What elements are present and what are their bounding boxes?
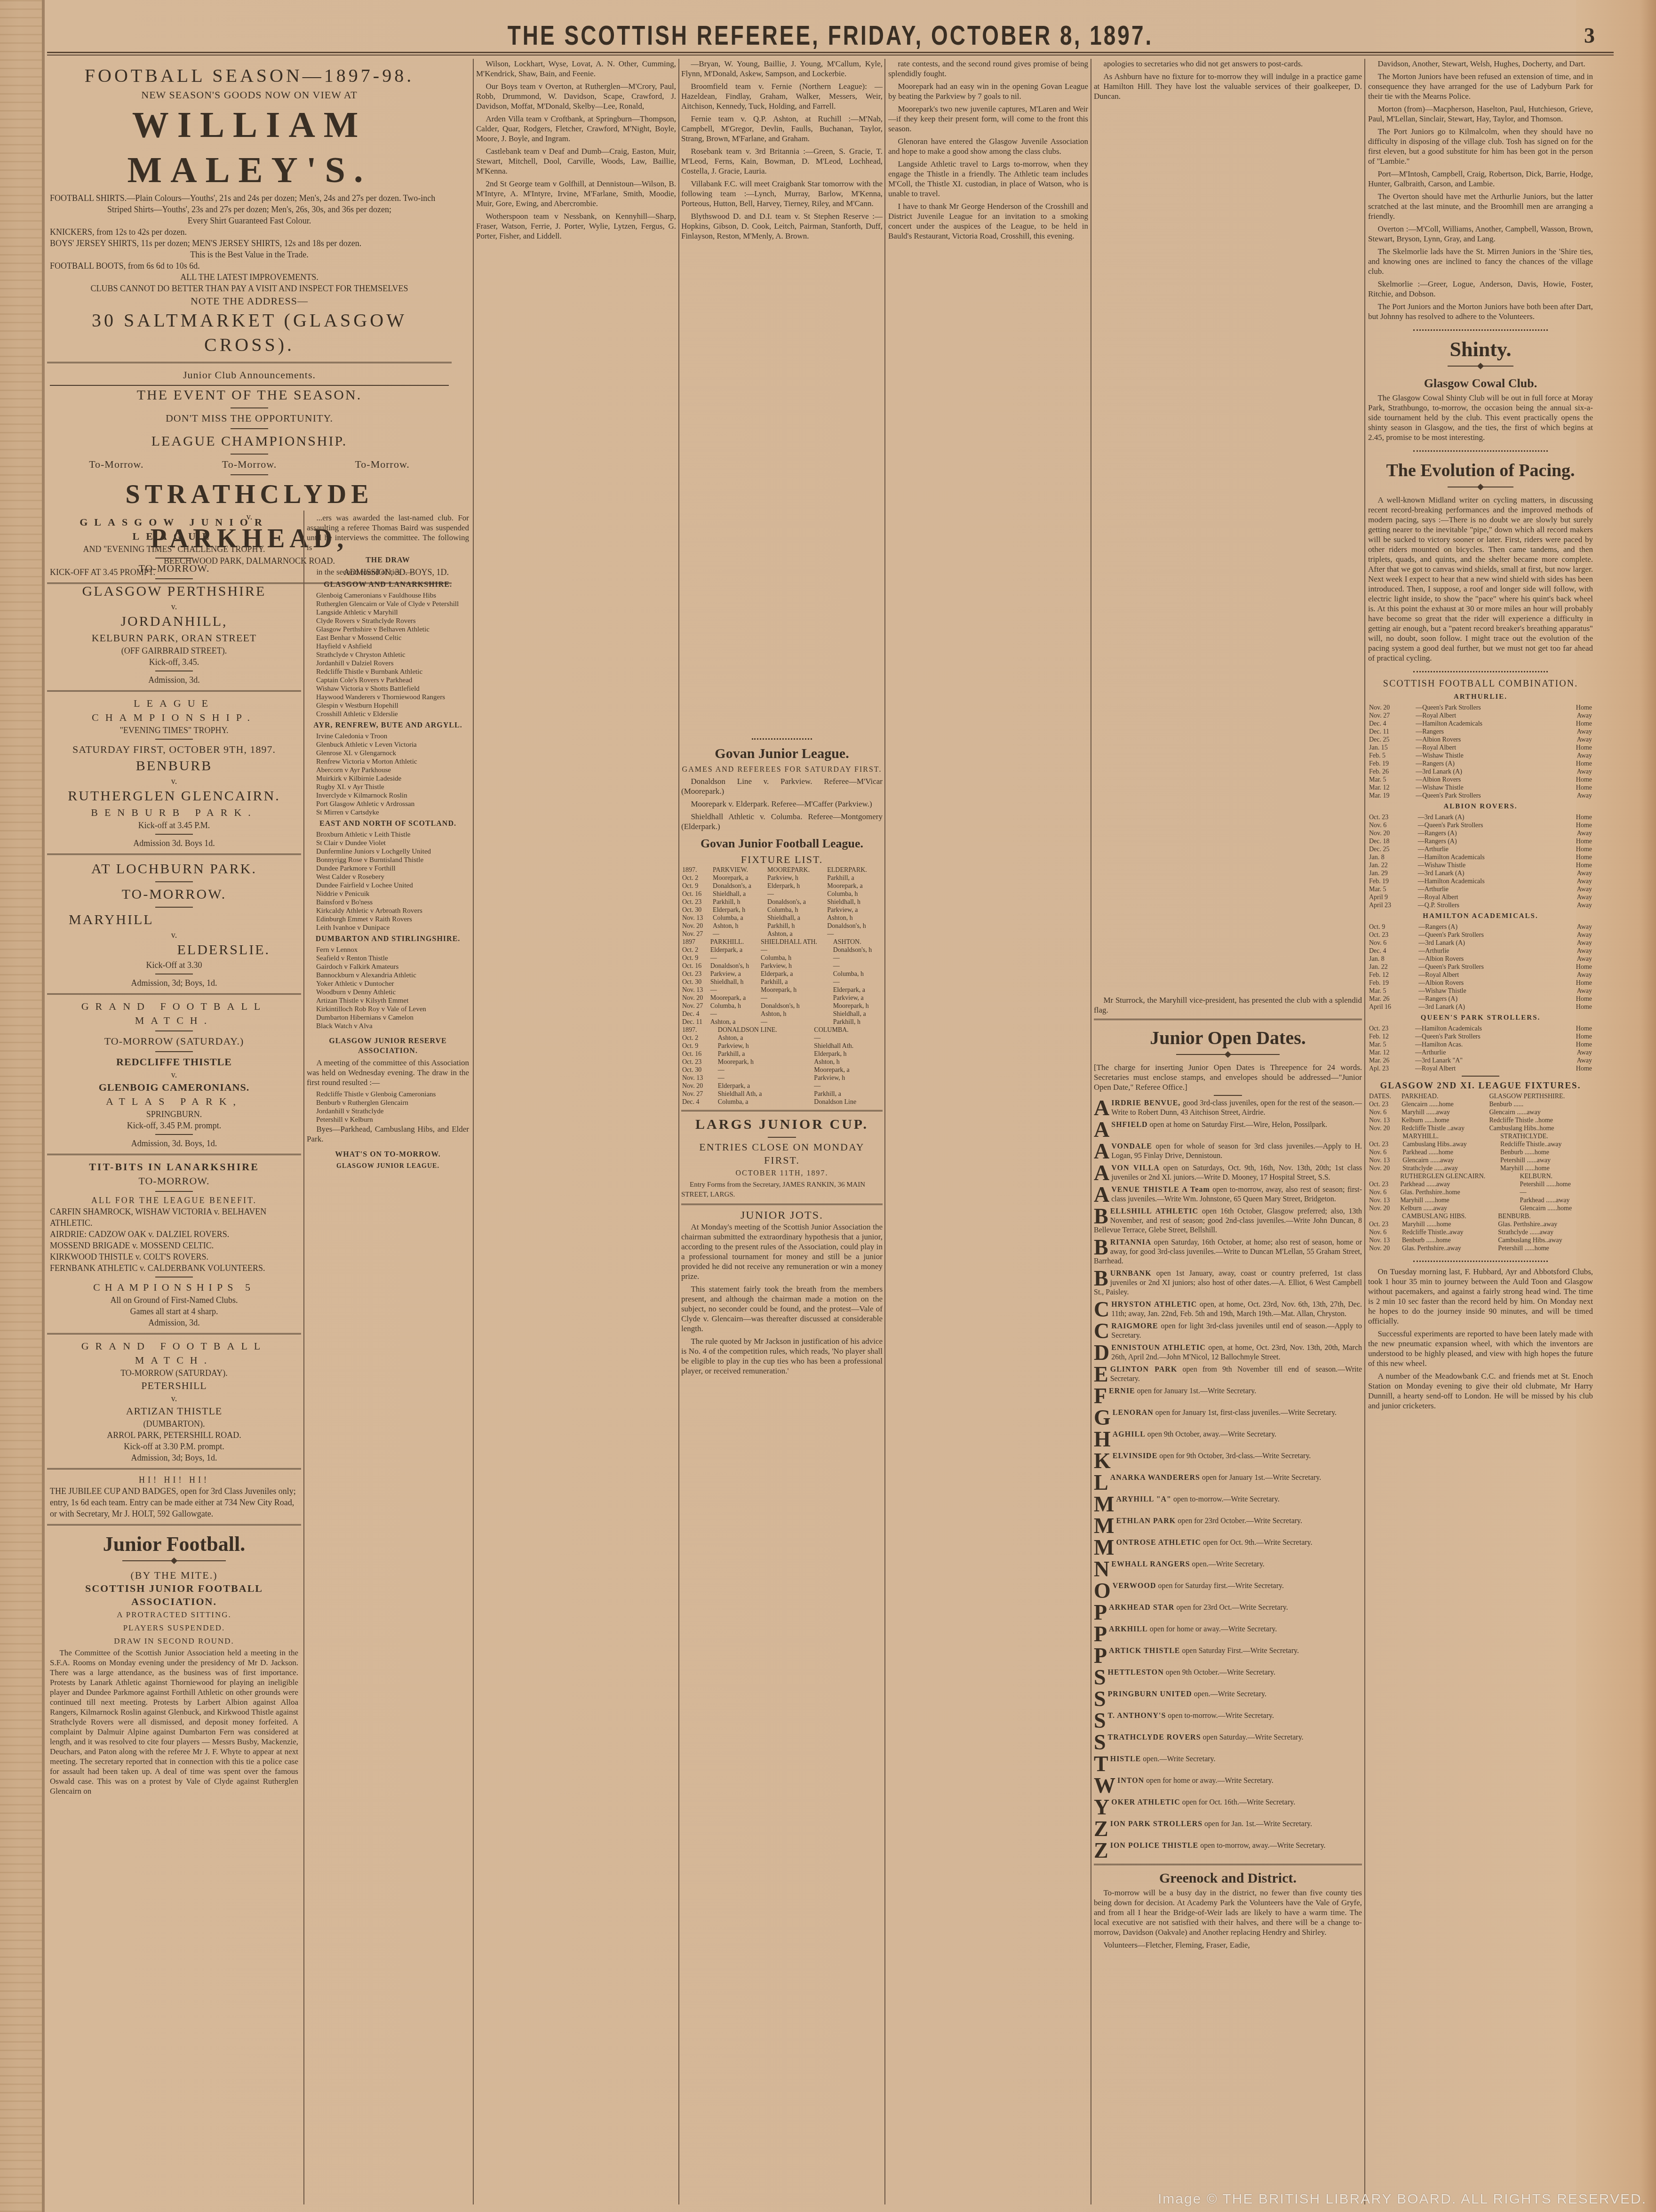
fixture-cell: Columba, h xyxy=(832,970,883,978)
fixture-cell: Oct. 9 xyxy=(681,954,709,962)
fixture-row: Jan. 29—3rd Lanark (A)Away xyxy=(1368,870,1593,878)
section-heading: Govan Junior League. xyxy=(681,744,883,763)
jubilee-cup-advert: HI! HI! HI! THE JUBILEE CUP AND BADGES, … xyxy=(47,1469,301,1525)
article-paragraph: in the second round of ties :— xyxy=(307,567,469,577)
divider xyxy=(1094,1864,1362,1865)
drop-cap: H xyxy=(1094,1430,1111,1449)
draw-list: Redcliffe Thistle v Glenboig Cameronians… xyxy=(307,1090,469,1124)
section-note: [The charge for inserting Junior Open Da… xyxy=(1094,1062,1362,1092)
fixture-row: Nov. 6Parkhead ......homeBenburb ......h… xyxy=(1368,1149,1593,1157)
club-name: IRDRIE BENVUE, xyxy=(1111,1099,1180,1107)
ad-line: All on Ground of First-Named Clubs. xyxy=(50,1294,298,1306)
venue: BENBURB PARK. xyxy=(50,806,298,820)
fixture-date: Oct. 9 xyxy=(1368,923,1417,931)
fixture-year: 1897. xyxy=(681,866,712,874)
fixture-row: Nov. 20Ashton, hParkhill, hDonaldson's, … xyxy=(681,922,883,930)
fixture-date: Mar. 5 xyxy=(1368,886,1417,894)
fixture-date: Oct. 23 xyxy=(1368,931,1417,939)
fixture-cell: Parkhead ......away xyxy=(1399,1181,1519,1189)
fixture-cell: Moorepark, a xyxy=(712,874,766,882)
fixture-cell: Strathclyde ......away xyxy=(1401,1165,1499,1173)
fixture-cell: Oct. 16 xyxy=(681,962,709,970)
fixture-year: 1897. xyxy=(681,1026,717,1034)
fixture-team-header xyxy=(1368,1133,1401,1141)
fixture-row: Oct. 2Ashton, a— xyxy=(681,1034,883,1042)
fixture-row: Mar. 5—Albion RoversHome xyxy=(1368,776,1593,784)
match-line: FERNBANK ATHLETIC v. CALDERBANK VOLUNTEE… xyxy=(50,1262,298,1274)
fixture-cell: Parkhill, a xyxy=(826,874,883,882)
fixture-cell: Nov. 20 xyxy=(681,1082,717,1090)
open-date-text: open at home on Saturday First.—Wire, He… xyxy=(1147,1121,1327,1129)
club-name: ARYHILL "A" xyxy=(1116,1495,1171,1503)
club-name: ARTICK THISTLE xyxy=(1109,1647,1180,1655)
fixture-date: Mar. 5 xyxy=(1368,1041,1414,1049)
open-date-entry: CHRYSTON ATHLETIC open, at home, Oct. 23… xyxy=(1094,1300,1362,1319)
fixture-opponent: —Wishaw Thistle xyxy=(1417,987,1556,995)
divider xyxy=(155,907,193,908)
fixture-cell: Redcliffe Thistle ..home xyxy=(1488,1117,1593,1125)
fixture-cell: Nov. 20 xyxy=(681,994,709,1002)
fixture-cell: Donaldson Line xyxy=(813,1098,883,1106)
fixture-row: Nov. 6Redcliffe Thistle..awayStrathclyde… xyxy=(1368,1229,1593,1237)
drop-cap: A xyxy=(1094,1185,1109,1204)
column-6: apologies to secretaries who did not get… xyxy=(1094,59,1362,1953)
drop-cap: N xyxy=(1094,1560,1109,1579)
admission: Admission, 3d; Boys, 1d. xyxy=(50,1452,298,1463)
fixture-cell: Nov. 20 xyxy=(681,922,712,930)
fixture-header-row: DATES.PARKHEAD.GLASGOW PERTHSHIRE. xyxy=(1368,1093,1593,1101)
fixture-opponent: —3rd Lanark (A) xyxy=(1417,870,1557,878)
section-heading: GLASGOW JUNIOR RESERVE ASSOCIATION. xyxy=(307,1036,469,1056)
team-name: PETERSHILL xyxy=(50,1379,298,1393)
fixture-cell: — xyxy=(813,1034,883,1042)
fixture-row: Oct. 23Cambuslang Hibs..awayRedcliffe Th… xyxy=(1368,1141,1593,1149)
versus: v. xyxy=(50,1069,298,1080)
open-date-text: open for 23rd Oct.—Write Secretary. xyxy=(1174,1604,1288,1612)
fixture-cell: Oct. 30 xyxy=(681,1066,717,1074)
ad-heading: AT LOCHBURN PARK. xyxy=(50,860,298,878)
copyright-watermark: Image © THE BRITISH LIBRARY BOARD. ALL R… xyxy=(1158,2191,1647,2207)
ad-line: BOYS' JERSEY SHIRTS, 11s per dozen; MEN'… xyxy=(50,238,449,249)
fixture-cell: Moorepark, a xyxy=(709,994,760,1002)
fixture-row: Nov. 20Redcliffe Thistle ..awayCambuslan… xyxy=(1368,1125,1593,1133)
benburb-glencairn-advert: LEAGUE CHAMPIONSHIP. "EVENING TIMES" TRO… xyxy=(47,692,301,855)
draw-tie: Kirkintilloch Rob Roy v Vale of Leven xyxy=(307,1005,469,1014)
fixture-cell: Moorepark, h xyxy=(832,1002,883,1010)
fixture-cell: Parkhill, a xyxy=(813,1090,883,1098)
fixture-row: Oct. 23Glencairn ......homeBenburb .....… xyxy=(1368,1101,1593,1109)
previous-page-edge xyxy=(0,0,45,2212)
fixture-cell: Dec. 11 xyxy=(681,1018,709,1026)
fixture-cell: Parkhill, a xyxy=(717,1050,813,1058)
fixture-cell: Moorepark, a xyxy=(813,1066,883,1074)
drop-cap: C xyxy=(1094,1322,1109,1341)
titbits-advert: TIT-BITS IN LANARKSHIRE TO-MORROW. ALL F… xyxy=(47,1155,301,1334)
open-date-text: open.—Write Secretary. xyxy=(1141,1755,1215,1763)
open-date-text: open Saturday First.—Write Secretary. xyxy=(1180,1647,1299,1655)
fixture-row: Oct. 2Elderpark, a—Donaldson's, h xyxy=(681,946,883,954)
fixture-table: Oct. 23—Hamilton AcademicalsHomeFeb. 12—… xyxy=(1368,1025,1593,1073)
fixture-cell: Nov. 6 xyxy=(1368,1229,1401,1237)
fixture-row: Mar. 5—ArthurlieAway xyxy=(1368,886,1593,894)
fixture-opponent: —Arthurlie xyxy=(1417,947,1556,955)
ad-line: Every Shirt Guaranteed Fast Colour. xyxy=(50,215,449,226)
fixture-cell: Glencairn ......home xyxy=(1401,1101,1488,1109)
fixture-team-header: COLUMBA. xyxy=(813,1026,883,1034)
fixture-team-heading: ALBION ROVERS. xyxy=(1368,802,1593,812)
draw-list: Glenboig Cameronians v Fauldhouse HibsRu… xyxy=(307,591,469,719)
greenock-article: Greenock and District. To-morrow will be… xyxy=(1094,1869,1362,1950)
ornament-divider xyxy=(1448,366,1513,370)
team-name: ELDERSLIE. xyxy=(50,941,298,959)
drop-cap: Z xyxy=(1094,1841,1108,1860)
fixture-row: April 23—Q.P. StrollersAway xyxy=(1368,902,1593,910)
article-paragraph: To-morrow will be a busy day in the dist… xyxy=(1094,1888,1362,1937)
fixture-cell: Nov. 27 xyxy=(681,930,712,938)
divider xyxy=(681,1204,883,1205)
fixture-venue: Home xyxy=(1556,838,1593,846)
drop-cap: M xyxy=(1094,1495,1114,1514)
ad-when: TO-MORROW. xyxy=(50,885,298,904)
draw-tie: Wishaw Victoria v Shotts Battlefield xyxy=(307,685,469,693)
club-name: ELVINSIDE xyxy=(1113,1452,1158,1460)
fixture-cell: Shieldhall, h xyxy=(826,898,883,906)
fixture-opponent: —Rangers (A) xyxy=(1417,830,1557,838)
team-name: STRATHCLYDE xyxy=(50,478,449,511)
fixture-opponent: —Queen's Park Strollers xyxy=(1417,931,1556,939)
open-date-entry: STRATHCLYDE ROVERS open Saturday.—Write … xyxy=(1094,1733,1362,1752)
divider xyxy=(155,1191,193,1192)
fixture-row: Oct. 23Maryhill ......homeGlas. Perthshi… xyxy=(1368,1221,1593,1229)
fixture-opponent: —Royal Albert xyxy=(1417,894,1557,902)
fixture-opponent: —Hamilton Academicals xyxy=(1414,1025,1556,1033)
fixture-row: Nov. 27—Ashton, a— xyxy=(681,930,883,938)
fixture-opponent: —Queen's Park Strollers xyxy=(1415,704,1556,712)
divider xyxy=(1413,326,1548,331)
fixture-row: Nov. 13—Moorepark, hElderpark, a xyxy=(681,986,883,994)
draw-tie: Irvine Caledonia v Troon xyxy=(307,732,469,741)
fixture-date: Jan. 22 xyxy=(1368,963,1417,971)
venue: KELBURN PARK, ORAN STREET xyxy=(50,631,298,645)
article-paragraph: apologies to secretaries who did not get… xyxy=(1094,59,1362,69)
fixture-cell: — xyxy=(813,1082,883,1090)
fixture-venue: Home xyxy=(1556,1041,1593,1049)
article-subheading: Glasgow Cowal Club. xyxy=(1368,374,1593,393)
fixture-cell: Elderpark, a xyxy=(760,970,832,978)
drop-cap: S xyxy=(1094,1733,1106,1752)
fixture-row: Dec. 4Columba, aDonaldson Line xyxy=(681,1098,883,1106)
open-date-entry: BELLSHILL ATHLETIC open 16th October, Gl… xyxy=(1094,1207,1362,1235)
open-date-text: open to-morrow.—Write Secretary. xyxy=(1171,1495,1280,1503)
admission: Admission 3d. Boys 1d. xyxy=(50,838,298,849)
fixture-venue: Home xyxy=(1556,822,1593,830)
match-line: AIRDRIE: CADZOW OAK v. DALZIEL ROVERS. xyxy=(50,1229,298,1240)
petershill-artizan-advert: GRAND FOOTBALL MATCH. TO-MORROW (SATURDA… xyxy=(47,1334,301,1469)
fixture-row: Oct. 23—Hamilton AcademicalsHome xyxy=(1368,1025,1593,1033)
fixture-date: Feb. 26 xyxy=(1368,768,1415,776)
ad-line: THE EVENT OF THE SEASON. xyxy=(50,386,449,405)
admission: Admission, 3d. Boys, 1d. xyxy=(50,1138,298,1149)
team-name: REDCLIFFE THISTLE xyxy=(50,1055,298,1069)
versus: v. xyxy=(50,775,298,787)
fixture-opponent: —Arthurlie xyxy=(1417,846,1557,854)
fixture-table: Oct. 23—3rd Lanark (A)HomeNov. 6—Queen's… xyxy=(1368,814,1593,910)
top-rule xyxy=(47,52,1614,56)
drop-cap: Z xyxy=(1094,1820,1108,1838)
fixture-cell: Ashton, h xyxy=(826,914,883,922)
draw-heading: THE DRAW xyxy=(307,555,469,565)
fixture-venue: Away xyxy=(1556,792,1593,800)
ad-line: Striped Shirts—Youths', 23s and 27s per … xyxy=(50,204,449,215)
ad-line: DON'T MISS THE OPPORTUNITY. xyxy=(50,411,449,425)
fixture-row: Oct. 16Donaldson's, hParkview, h— xyxy=(681,962,883,970)
fixture-cell: Oct. 23 xyxy=(1368,1141,1401,1149)
fixture-team-heading: ARTHURLIE. xyxy=(1368,692,1593,702)
fixture-cell: Oct. 23 xyxy=(1368,1221,1401,1229)
fixture-row: Nov. 27—Royal AlbertAway xyxy=(1368,712,1593,720)
fixture-row: Nov. 13—Parkview, h xyxy=(681,1074,883,1082)
article-paragraph: Skelmorlie :—Greer, Logue, Anderson, Dav… xyxy=(1368,279,1593,299)
draw-tie: Gairdoch v Falkirk Amateurs xyxy=(307,963,469,971)
open-date-entry: AIRDRIE BENVUE, good 3rd-class juveniles… xyxy=(1094,1099,1362,1118)
divider xyxy=(155,578,193,579)
fixture-row: Oct. 30Shieldhall, hParkhill, a— xyxy=(681,978,883,986)
draw-group-heading: AYR, RENFREW, BUTE AND ARGYLL. xyxy=(307,720,469,730)
fixture-venue: Away xyxy=(1556,894,1593,902)
drop-cap: F xyxy=(1094,1387,1107,1405)
fixture-cell: Benburb ......home xyxy=(1499,1149,1593,1157)
divider xyxy=(155,1277,193,1278)
section-subheading: GLASGOW JUNIOR LEAGUE. xyxy=(307,1161,469,1171)
fixture-table: MARYHILL.STRATHCLYDE.Oct. 23Cambuslang H… xyxy=(1368,1133,1593,1173)
fixture-cell: Nov. 13 xyxy=(681,986,709,994)
maley-advert: FOOTBALL SEASON—1897-98. NEW SEASON'S GO… xyxy=(47,59,452,363)
article-paragraph: The Committee of the Scottish Junior Ass… xyxy=(50,1648,298,1796)
fixture-row: Oct. 9—Columba, h— xyxy=(681,954,883,962)
drop-cap: G xyxy=(1094,1408,1111,1427)
ad-line: CLUBS CANNOT DO BETTER THAN PAY A VISIT … xyxy=(50,283,449,294)
fixture-venue: Away xyxy=(1556,886,1593,894)
fixture-date: Mar. 12 xyxy=(1368,784,1415,792)
fixture-cell: Parkhead ......away xyxy=(1519,1197,1593,1205)
open-date-entry: FERNIE open for January 1st.—Write Secre… xyxy=(1094,1387,1362,1405)
drop-cap: K xyxy=(1094,1452,1111,1470)
fixture-date: Mar. 26 xyxy=(1368,995,1417,1003)
fixture-table: CAMBUSLANG HIBS.BENBURB.Oct. 23Maryhill … xyxy=(1368,1213,1593,1253)
article-subheading: PLAYERS SUSPENDED. xyxy=(50,1621,298,1635)
fixture-cell: Nov. 27 xyxy=(681,1090,717,1098)
fixture-cell: Donaldson's, a xyxy=(712,882,766,890)
ad-line: This is the Best Value in the Trade. xyxy=(50,249,449,260)
article-heading: Shinty. xyxy=(1368,335,1593,364)
fixture-cell: Shieldhall Ath, a xyxy=(717,1090,813,1098)
fixture-date: Mar. 5 xyxy=(1368,776,1415,784)
ad-line: HI! HI! HI! xyxy=(50,1474,298,1485)
fixture-cell: Benburb ......home xyxy=(1401,1237,1497,1245)
ad-line: Games all start at 4 sharp. xyxy=(50,1306,298,1317)
fixture-cell: Elderpark, a xyxy=(709,946,760,954)
fixture-row: Mar. 26—Rangers (A)Home xyxy=(1368,995,1593,1003)
drop-cap: A xyxy=(1094,1142,1109,1161)
maryhill-elderslie-advert: AT LOCHBURN PARK. TO-MORROW. MARYHILL v.… xyxy=(47,855,301,995)
fixture-cell: Elderpark, h xyxy=(813,1050,883,1058)
open-dates-list: AIRDRIE BENVUE, good 3rd-class juveniles… xyxy=(1094,1099,1362,1860)
club-name: T. ANTHONY'S xyxy=(1108,1712,1166,1720)
ad-line: LEAGUE CHAMPIONSHIP. xyxy=(50,432,449,451)
fixture-cell: Donaldson's, a xyxy=(766,898,826,906)
drop-cap: S xyxy=(1094,1711,1106,1730)
fixture-table: Oct. 9—Rangers (A)AwayOct. 23—Queen's Pa… xyxy=(1368,923,1593,1011)
club-name: ARKHILL xyxy=(1109,1625,1148,1633)
fixture-cell: — xyxy=(760,1018,832,1026)
section-subheading: GAMES AND REFEREES FOR SATURDAY FIRST. xyxy=(681,763,883,776)
fixture-date: Dec. 11 xyxy=(1368,728,1415,736)
draw-tie: Haywood Wanderers v Thorniewood Rangers xyxy=(307,693,469,702)
draw-tie: Strathclyde v Chryston Athletic xyxy=(307,651,469,659)
article-paragraph: ...ers was awarded the last-named club. … xyxy=(307,513,469,552)
divider xyxy=(231,454,268,455)
fixture-date: Mar. 26 xyxy=(1368,1057,1414,1065)
drop-cap: P xyxy=(1094,1603,1107,1622)
fixture-venue: Away xyxy=(1556,712,1593,720)
open-date-entry: KELVINSIDE open for 9th October, 3rd-cla… xyxy=(1094,1452,1362,1470)
fixture-cell: — xyxy=(832,962,883,970)
divider xyxy=(681,1110,883,1111)
club-name: RAIGMORE xyxy=(1111,1322,1158,1330)
fixture-opponent: —Royal Albert xyxy=(1415,712,1556,720)
fixture-cell: Cambuslang Hibs..home xyxy=(1488,1125,1593,1133)
ad-subheading: AND "EVENING TIMES" CHALLENGE TROPHY. xyxy=(50,543,298,555)
club-name: HRYSTON ATHLETIC xyxy=(1111,1301,1197,1309)
draw-tie: Dundee Fairfield v Lochee United xyxy=(307,881,469,890)
fixture-cell: Oct. 30 xyxy=(681,906,712,914)
open-date-text: open.—Write Secretary. xyxy=(1192,1690,1266,1698)
fixture-opponent: —Hamilton Academicals xyxy=(1417,854,1557,862)
divider xyxy=(155,974,193,974)
draw-tie: Bonnyrigg Rose v Burntisland Thistle xyxy=(307,856,469,864)
article-paragraph: Byes—Parkhead, Cambuslang Hibs, and Elde… xyxy=(307,1124,469,1144)
open-date-text: open to-morrow.—Write Secretary. xyxy=(1166,1712,1274,1720)
open-date-entry: ZION PARK STROLLERS open for Jan. 1st.—W… xyxy=(1094,1820,1362,1838)
fixture-opponent: —Arthurlie xyxy=(1417,886,1557,894)
fixture-opponent: —3rd Lanark (A) xyxy=(1417,939,1556,947)
article-paragraph: Overton :—M'Coll, Williams, Another, Cam… xyxy=(1368,224,1593,244)
fixture-opponent: —Rangers (A) xyxy=(1417,923,1556,931)
fixture-row: Nov. 20Strathclyde ......awayMaryhill ..… xyxy=(1368,1165,1593,1173)
fixture-cell: Oct. 23 xyxy=(681,1058,717,1066)
draw-tie: Glasgow Perthshire v Belhaven Athletic xyxy=(307,625,469,634)
fixture-opponent: —Rangers (A) xyxy=(1417,995,1556,1003)
team-name: JORDANHILL, xyxy=(50,612,298,631)
article-paragraph: Davidson, Another, Stewart, Welsh, Hughe… xyxy=(1368,59,1593,69)
fixture-date: Jan. 8 xyxy=(1368,854,1417,862)
fixture-row: Nov. 13Benburb ......homeCambuslang Hibs… xyxy=(1368,1237,1593,1245)
article-heading: JUNIOR JOTS. xyxy=(681,1209,883,1222)
fixture-row: Mar. 12—ArthurlieAway xyxy=(1368,1049,1593,1057)
draw-group-heading: DUMBARTON AND STIRLINGSHIRE. xyxy=(307,934,469,944)
fixture-opponent: —Hamilton Academicals xyxy=(1415,720,1556,728)
section-subheading: FIXTURE LIST. xyxy=(681,853,883,866)
column-1-ads: GLASGOW JUNIOR LEAGUE AND "EVENING TIMES… xyxy=(47,511,301,1804)
fixture-cell: Kelburn ......away xyxy=(1399,1205,1519,1213)
fixture-team-header: KELBURN. xyxy=(1519,1173,1593,1181)
fixture-venue: Away xyxy=(1556,768,1593,776)
ad-heading: GLASGOW JUNIOR LEAGUE xyxy=(50,515,298,543)
ad-line: Entry Forms from the Secretary, JAMES RA… xyxy=(681,1180,883,1200)
fixture-cell: Nov. 6 xyxy=(1368,1189,1399,1197)
fixture-team-header: DATES. xyxy=(1368,1093,1401,1101)
fixture-row: Nov. 20—Rangers (A)Away xyxy=(1368,830,1593,838)
fixture-cell: Ashton, h xyxy=(760,1010,832,1018)
fixture-row: Dec. 25—Albion RoversAway xyxy=(1368,736,1593,744)
admission: Admission, 3d; Boys, 1d. xyxy=(50,977,298,989)
column-1: FOOTBALL SEASON—1897-98. NEW SEASON'S GO… xyxy=(47,59,452,584)
fixture-opponent: —Hamilton Acas. xyxy=(1414,1041,1556,1049)
open-date-entry: OVERWOOD open for Saturday first.—Write … xyxy=(1094,1581,1362,1600)
fixture-row: Oct. 30—Moorepark, a xyxy=(681,1066,883,1074)
fixture-cell: Shieldhall, a xyxy=(712,890,766,898)
draw-tie: Muirkirk v Kilbirnie Ladeside xyxy=(307,775,469,783)
draw-tie: Crosshill Athletic v Elderslie xyxy=(307,710,469,719)
open-date-text: open for 23rd October.—Write Secretary. xyxy=(1176,1517,1302,1525)
ad-when: TO-MORROW. xyxy=(50,561,298,575)
divider xyxy=(231,407,268,408)
ad-line: FOOTBALL BOOTS, from 6s 6d to 10s 6d. xyxy=(50,260,449,272)
team-lineup: Wotherspoon team v Nessbank, on Kennyhil… xyxy=(476,211,676,241)
fixture-team-header xyxy=(1368,1173,1399,1181)
fixture-team-header: SHIELDHALL ATH. xyxy=(760,938,832,946)
newspaper-page: THE SCOTTISH REFEREE, FRIDAY, OCTOBER 8,… xyxy=(0,0,1656,2212)
fixture-venue: Home xyxy=(1556,814,1593,822)
fixture-cell: — xyxy=(709,986,760,994)
fixture-venue: Away xyxy=(1556,931,1593,939)
article-paragraph: The Port Juniors go to Kilmalcolm, when … xyxy=(1368,127,1593,166)
drop-cap: C xyxy=(1094,1300,1109,1319)
team-name: GLENBOIG CAMERONIANS. xyxy=(50,1080,298,1094)
ad-line: To-Morrow. xyxy=(355,457,409,471)
draw-tie: Yoker Athletic v Duntocher xyxy=(307,980,469,988)
club-name: ARKHEAD STAR xyxy=(1109,1604,1174,1612)
open-date-entry: THISTLE open.—Write Secretary. xyxy=(1094,1755,1362,1773)
fixture-venue: Away xyxy=(1556,923,1593,931)
ad-line: CHAMPIONSHIPS 5 xyxy=(50,1280,298,1294)
fixture-row: Dec. 4—Hamilton AcademicalsHome xyxy=(1368,720,1593,728)
fixture-cell: — xyxy=(832,978,883,986)
fixture-header-row: 1897PARKHILL.SHIELDHALL ATH.ASHTON. xyxy=(681,938,883,946)
fixture-row: Nov. 6Glas. Perthshire..home— xyxy=(1368,1189,1593,1197)
fixture-opponent: —3rd Lanark (A) xyxy=(1417,814,1557,822)
ad-heading: TIT-BITS IN LANARKSHIRE xyxy=(50,1160,298,1174)
fixture-cell: Parkhill, h xyxy=(712,898,766,906)
draw-tie: Jordanhill v Dalziel Rovers xyxy=(307,659,469,668)
team-name: GLASGOW PERTHSHIRE xyxy=(50,582,298,601)
page-number: 3 xyxy=(1584,23,1595,48)
draw-tie: Niddrie v Penicuik xyxy=(307,890,469,898)
fixture-opponent: —Albion Rovers xyxy=(1417,955,1556,963)
fixture-opponent: —Queen's Park Strollers xyxy=(1414,1033,1556,1041)
team-lineup: Villabank F.C. will meet Craigbank Star … xyxy=(681,179,883,208)
fixture-venue: Home xyxy=(1556,744,1593,752)
fixture-row: Nov. 13Columba, aShieldhall, aAshton, h xyxy=(681,914,883,922)
open-date-entry: YOKER ATHLETIC open for Oct. 16th.—Write… xyxy=(1094,1798,1362,1817)
article-heading: The Evolution of Pacing. xyxy=(1368,456,1593,485)
open-date-entry: PARTICK THISTLE open Saturday First.—Wri… xyxy=(1094,1646,1362,1665)
fixture-venue: Away xyxy=(1556,955,1593,963)
fixture-row: Nov. 20Kelburn ......awayGlencairn .....… xyxy=(1368,1205,1593,1213)
open-date-text: open for January 1st, first-class juveni… xyxy=(1154,1409,1337,1417)
fixture-team-header: ASHTON. xyxy=(832,938,883,946)
draw-tie: Rutherglen Glencairn or Vale of Clyde v … xyxy=(307,600,469,608)
